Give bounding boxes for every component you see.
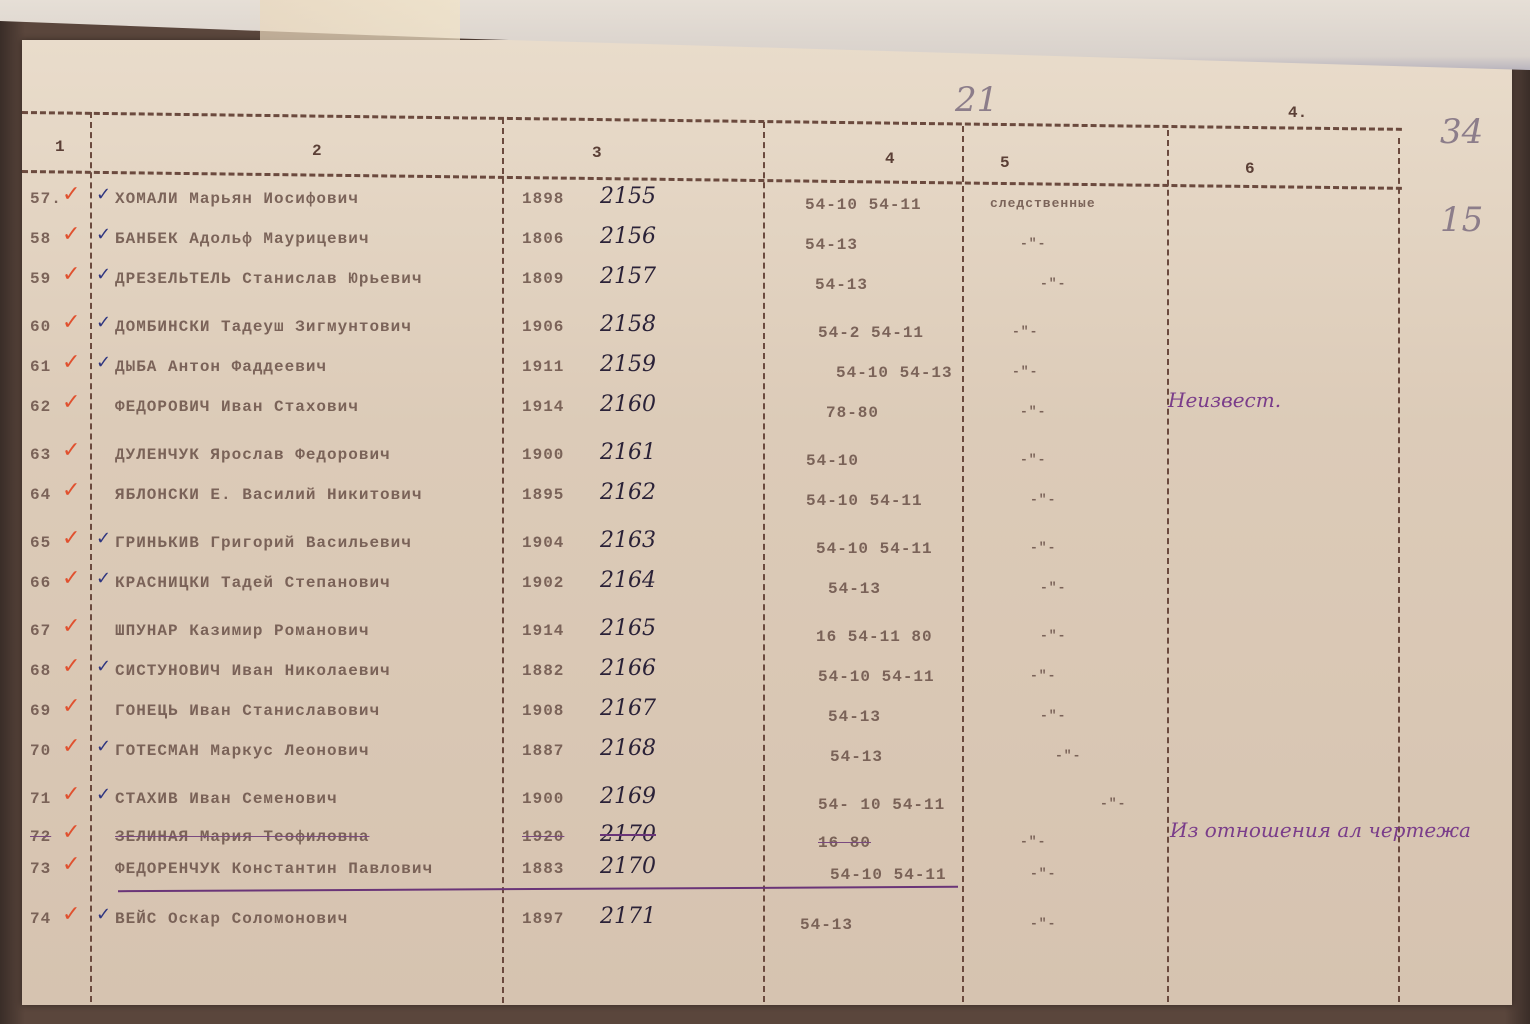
row-number: 64	[30, 486, 51, 504]
blue-check-icon: ✓	[96, 264, 111, 285]
status-note: -"-	[1020, 834, 1046, 849]
inventory-number: 2159	[600, 352, 656, 377]
status-note: -"-	[1100, 796, 1126, 811]
col-divider-2	[502, 118, 504, 1003]
red-check-icon: ✓	[62, 222, 80, 247]
inventory-number: 2170	[600, 822, 656, 847]
person-name: ГОТЕСМАН Маркус Леонович	[115, 742, 369, 760]
birth-year: 1900	[522, 790, 564, 808]
col-header-6: 6	[1245, 160, 1255, 178]
status-note: -"-	[1012, 324, 1038, 339]
col-header-1: 1	[55, 138, 65, 156]
row-number: 73	[30, 860, 51, 878]
row-number: 61	[30, 358, 51, 376]
row-number: 63	[30, 446, 51, 464]
birth-year: 1897	[522, 910, 564, 928]
person-name: ДОМБИНСКИ Тадеуш Зигмунтович	[115, 318, 412, 336]
birth-year: 1911	[522, 358, 564, 376]
birth-year: 1809	[522, 270, 564, 288]
status-note: -"-	[1055, 748, 1081, 763]
inventory-number: 2161	[600, 440, 656, 465]
red-check-icon: ✓	[62, 820, 80, 845]
blue-check-icon: ✓	[96, 736, 111, 757]
birth-year: 1895	[522, 486, 564, 504]
inventory-number: 2155	[600, 184, 656, 209]
red-check-icon: ✓	[62, 438, 80, 463]
blue-check-icon: ✓	[96, 312, 111, 333]
person-name: ДРЕЗЕЛЬТЕЛЬ Станислав Юрьевич	[115, 270, 422, 288]
birth-year: 1883	[522, 860, 564, 878]
folio-bottom: 15	[1440, 200, 1483, 240]
inventory-number: 2156	[600, 224, 656, 249]
row-number: 69	[30, 702, 51, 720]
red-check-icon: ✓	[62, 350, 80, 375]
red-check-icon: ✓	[62, 694, 80, 719]
inventory-number: 2157	[600, 264, 656, 289]
inventory-number: 2171	[600, 904, 656, 929]
blue-check-icon: ✓	[96, 528, 111, 549]
red-check-icon: ✓	[62, 310, 80, 335]
red-check-icon: ✓	[62, 614, 80, 639]
status-note: -"-	[1020, 236, 1046, 251]
inventory-number: 2169	[600, 784, 656, 809]
blue-check-icon: ✓	[96, 784, 111, 805]
article-codes: 54-10 54-11	[806, 492, 923, 510]
inventory-number: 2164	[600, 568, 656, 593]
birth-year: 1902	[522, 574, 564, 592]
person-name: ГОНЕЦЬ Иван Станиславович	[115, 702, 380, 720]
article-codes: 54-13	[830, 748, 883, 766]
folded-corner	[260, 0, 460, 40]
handwritten-remark: Неизвест.	[1168, 388, 1281, 412]
red-check-icon: ✓	[62, 526, 80, 551]
col-divider-5	[1167, 130, 1169, 1002]
red-check-icon: ✓	[62, 902, 80, 927]
inventory-number: 2165	[600, 616, 656, 641]
birth-year: 1920	[522, 828, 564, 846]
person-name: БАНБЕК Адольф Маурицевич	[115, 230, 369, 248]
red-check-icon: ✓	[62, 390, 80, 415]
col-divider-6	[1398, 138, 1400, 1002]
article-codes: 54-10 54-11	[816, 540, 933, 558]
inventory-number: 2167	[600, 696, 656, 721]
birth-year: 1806	[522, 230, 564, 248]
status-note: -"-	[1030, 540, 1056, 555]
status-note: -"-	[1040, 708, 1066, 723]
birth-year: 1906	[522, 318, 564, 336]
row-number: 60	[30, 318, 51, 336]
status-note: -"-	[1020, 404, 1046, 419]
red-check-icon: ✓	[62, 852, 80, 877]
status-note: -"-	[1030, 866, 1056, 881]
red-check-icon: ✓	[62, 478, 80, 503]
blue-check-icon: ✓	[96, 568, 111, 589]
birth-year: 1908	[522, 702, 564, 720]
row-number: 59	[30, 270, 51, 288]
article-codes: 54-10 54-11	[818, 668, 935, 686]
inventory-number: 2158	[600, 312, 656, 337]
inventory-number: 2160	[600, 392, 656, 417]
handwritten-remark: Из отношения ал чертежа	[1170, 818, 1471, 842]
row-number: 65	[30, 534, 51, 552]
article-codes: 54-10 54-11	[805, 196, 922, 214]
red-check-icon: ✓	[62, 262, 80, 287]
person-name: ФЕДОРОВИЧ Иван Стахович	[115, 398, 359, 416]
status-note: -"-	[1030, 668, 1056, 683]
col-divider-1	[90, 112, 92, 1002]
blue-check-icon: ✓	[96, 184, 111, 205]
article-codes: 54-13	[800, 916, 853, 934]
col-header-5: 5	[1000, 154, 1010, 172]
person-name: СТАХИВ Иван Семенович	[115, 790, 338, 808]
article-codes: 54-2 54-11	[818, 324, 924, 342]
inventory-number: 2170	[600, 854, 656, 879]
col-header-3: 3	[592, 144, 602, 162]
birth-year: 1887	[522, 742, 564, 760]
red-check-icon: ✓	[62, 782, 80, 807]
article-codes: 54- 10 54-11	[818, 796, 945, 814]
row-number: 58	[30, 230, 51, 248]
birth-year: 1914	[522, 622, 564, 640]
red-check-icon: ✓	[62, 734, 80, 759]
birth-year: 1900	[522, 446, 564, 464]
blue-check-icon: ✓	[96, 904, 111, 925]
row-number: 62	[30, 398, 51, 416]
status-note: -"-	[1040, 628, 1066, 643]
person-name: ФЕДОРЕНЧУК Константин Павлович	[115, 860, 433, 878]
article-codes: 54-13	[828, 708, 881, 726]
row-number: 66	[30, 574, 51, 592]
birth-year: 1898	[522, 190, 564, 208]
article-codes: 54-13	[805, 236, 858, 254]
folio-top: 34	[1440, 112, 1483, 152]
article-codes: 54-10	[806, 452, 859, 470]
status-note: -"-	[1030, 492, 1056, 507]
inventory-number: 2163	[600, 528, 656, 553]
birth-year: 1882	[522, 662, 564, 680]
sheet-number: 21	[955, 80, 998, 120]
article-codes: 54-13	[828, 580, 881, 598]
article-codes: 78-80	[826, 404, 879, 422]
person-name: ГРИНЬКИВ Григорий Васильевич	[115, 534, 412, 552]
article-codes: 16 80	[818, 834, 871, 852]
row-number: 70	[30, 742, 51, 760]
status-note: -"-	[1040, 580, 1066, 595]
section-label: 4.	[1288, 104, 1307, 122]
row-number: 71	[30, 790, 51, 808]
person-name: ЗЕЛИНАЯ Мария Теофиловна	[115, 828, 369, 846]
person-name: ХОМАЛИ Марьян Иосифович	[115, 190, 359, 208]
red-check-icon: ✓	[62, 182, 80, 207]
status-note: -"-	[1020, 452, 1046, 467]
inventory-number: 2168	[600, 736, 656, 761]
birth-year: 1914	[522, 398, 564, 416]
col-header-4: 4	[885, 150, 895, 168]
person-name: ДЫБА Антон Фаддеевич	[115, 358, 327, 376]
person-name: ЯБЛОНСКИ Е. Василий Никитович	[115, 486, 422, 504]
person-name: ДУЛЕНЧУК Ярослав Федорович	[115, 446, 391, 464]
person-name: КРАСНИЦКИ Тадей Степанович	[115, 574, 391, 592]
blue-check-icon: ✓	[96, 224, 111, 245]
row-number: 57.	[30, 190, 62, 208]
col-divider-3	[763, 122, 765, 1002]
row-number: 68	[30, 662, 51, 680]
inventory-number: 2162	[600, 480, 656, 505]
status-note: -"-	[1040, 276, 1066, 291]
person-name: ШПУНАР Казимир Романович	[115, 622, 369, 640]
blue-check-icon: ✓	[96, 352, 111, 373]
status-note: -"-	[1030, 916, 1056, 931]
article-codes: 54-10 54-11	[830, 866, 947, 884]
article-codes: 54-13	[815, 276, 868, 294]
status-note: следственные	[990, 196, 1096, 211]
row-number: 67	[30, 622, 51, 640]
red-check-icon: ✓	[62, 654, 80, 679]
birth-year: 1904	[522, 534, 564, 552]
row-number: 74	[30, 910, 51, 928]
row-number: 72	[30, 828, 51, 846]
article-codes: 16 54-11 80	[816, 628, 933, 646]
article-codes: 54-10 54-13	[836, 364, 953, 382]
blue-check-icon: ✓	[96, 656, 111, 677]
red-check-icon: ✓	[62, 566, 80, 591]
col-divider-4	[962, 126, 964, 1002]
inventory-number: 2166	[600, 656, 656, 681]
col-header-2: 2	[312, 142, 322, 160]
person-name: ВЕЙС Оскар Соломонович	[115, 910, 348, 928]
status-note: -"-	[1012, 364, 1038, 379]
person-name: СИСТУНОВИЧ Иван Николаевич	[115, 662, 391, 680]
